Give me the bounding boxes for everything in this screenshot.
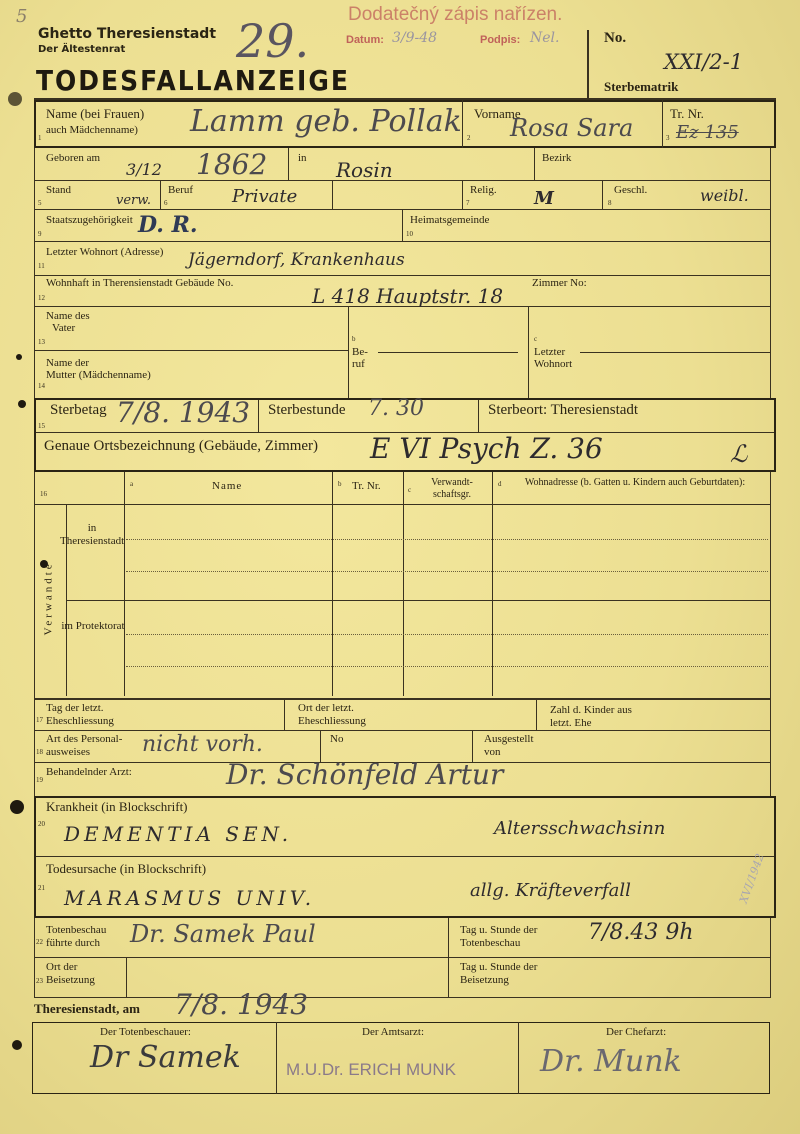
punch-hole — [12, 1040, 22, 1050]
stamp-signature-value: Nel. — [530, 30, 559, 46]
ghetto-residence-value: L 418 Hauptstr. 18 — [312, 284, 503, 308]
divider — [478, 400, 479, 432]
col-header-relation: Verwandt-schaftsgr. — [418, 477, 486, 500]
entry-line — [126, 539, 768, 540]
no-value: XXI/2-1 — [664, 50, 743, 74]
field-number: 20 — [38, 820, 45, 828]
location-mark: ℒ — [730, 440, 747, 468]
burial-time-label: Tag u. Stunde der Beisetzung — [460, 961, 560, 986]
col-divider — [492, 472, 493, 696]
divider — [518, 1022, 519, 1094]
col-letter: a — [130, 480, 133, 488]
marriage-place-label: Ort der letzt. Eheschliessung — [298, 702, 378, 727]
row-rule — [34, 180, 770, 181]
field-number: 3 — [666, 134, 670, 142]
transport-number-value: Ez 135 — [676, 122, 739, 143]
marriage-date-label: Tag der letzt. Eheschliessung — [46, 702, 126, 727]
group-label-protectorate: im Protektorat — [60, 620, 126, 633]
row-rule — [378, 352, 518, 353]
religion-value: M — [534, 188, 554, 209]
row-rule — [34, 275, 770, 276]
col-letter: d — [498, 480, 502, 488]
cause-value-german: allg. Kräfteverfall — [470, 880, 631, 901]
field-number: 23 — [36, 977, 43, 985]
id-number-label: No — [330, 733, 343, 746]
divider — [534, 148, 535, 180]
row-rule — [580, 352, 770, 353]
field-number: 14 — [38, 382, 45, 390]
header-divider — [587, 30, 589, 100]
death-hour-label: Sterbestunde — [268, 402, 345, 419]
divider — [276, 1022, 277, 1094]
parent-residence-label-2: Wohnort — [534, 358, 572, 371]
district-label: Bezirk — [542, 152, 571, 165]
field-number: 18 — [36, 748, 43, 756]
sex-label: Geschl. — [614, 184, 647, 197]
transport-number-label: Tr. Nr. — [670, 107, 704, 122]
occupation-label: Beruf — [168, 184, 193, 197]
entry-line — [126, 634, 768, 635]
row-rule — [34, 350, 348, 351]
field-number: 8 — [608, 199, 612, 207]
birth-place: Rosin — [336, 158, 393, 182]
divider — [462, 180, 463, 209]
divider — [536, 700, 537, 730]
last-residence-value: Jägerndorf, Krankenhaus — [188, 250, 405, 270]
field-number: 17 — [36, 716, 43, 724]
divider — [284, 700, 285, 730]
death-hour-value: 7. 30 — [368, 396, 424, 421]
place-date-label: Theresienstadt, am — [34, 1002, 140, 1017]
col-divider — [403, 472, 404, 696]
org-council: Der Ältestenrat — [38, 44, 125, 55]
divider — [402, 209, 403, 241]
stamp-date-label: Datum: — [346, 34, 384, 46]
id-issuer-label: Ausgestellt von — [484, 733, 544, 758]
divider — [448, 918, 449, 998]
row-rule — [34, 504, 770, 505]
signature-label-official: Der Amtsarzt: — [362, 1026, 424, 1039]
field-number: 6 — [164, 199, 168, 207]
surname-value: Lamm geb. Pollak — [190, 104, 462, 139]
punch-hole — [18, 400, 26, 408]
mother-label-2: Mutter (Mädchenname) — [46, 369, 151, 382]
field-number: 10 — [406, 230, 413, 238]
death-date-label: Sterbetag — [50, 402, 107, 419]
born-label: Geboren am — [46, 152, 100, 165]
exact-location-label: Genaue Ortsbezeichnung (Gebäude, Zimmer) — [44, 438, 318, 455]
divider — [770, 148, 771, 398]
born-day-month: 3/12 — [126, 160, 162, 179]
divider — [770, 698, 771, 796]
sub-letter: c — [534, 335, 537, 343]
punch-hole — [10, 800, 24, 814]
cause-value-latin: MARASMUS UNIV. — [64, 886, 315, 910]
stamp-signature-label: Podpis: — [480, 34, 520, 46]
signature-official-stamp: M.U.Dr. ERICH MUNK — [286, 1060, 456, 1080]
field-number: 1 — [38, 134, 42, 142]
col-divider — [124, 472, 125, 696]
physician-value: Dr. Schönfeld Artur — [226, 758, 503, 791]
handwritten-number: 29. — [236, 14, 309, 68]
divider — [528, 306, 529, 398]
occupation-value: Private — [232, 186, 297, 207]
illness-value-latin: DEMENTIA SEN. — [64, 822, 292, 846]
divider — [34, 148, 35, 798]
no-label: No. — [604, 30, 626, 47]
col-header-transport: Tr. Nr. — [352, 480, 381, 493]
divider — [288, 148, 289, 180]
name-label-2: auch Mädchenname) — [46, 124, 138, 137]
col-header-name: Name — [212, 480, 242, 493]
col-letter: b — [338, 480, 342, 488]
field-number: 15 — [38, 422, 45, 430]
col-header-address: Wohnadresse (b. Gatten u. Kindern auch G… — [510, 477, 760, 489]
children-count-label: Zahl d. Kinder aus letzt. Ehe — [550, 704, 642, 729]
marital-status-label: Stand — [46, 184, 71, 197]
field-number: 12 — [38, 294, 45, 302]
field-number: 7 — [466, 199, 470, 207]
field-number: 19 — [36, 776, 43, 784]
father-label: Name des — [46, 310, 90, 323]
marital-status-value: verw. — [116, 193, 151, 208]
field-number: 11 — [38, 262, 45, 270]
exact-location-value: E VI Psych Z. 36 — [370, 432, 603, 465]
burial-place-label: Ort der Beisetzung — [46, 961, 116, 986]
physician-label: Behandelnder Arzt: — [46, 766, 132, 779]
stamp-text: Dodatečný zápis nařízen. — [348, 4, 562, 26]
field-number: 21 — [38, 884, 45, 892]
relatives-side-label: Verwandte — [43, 561, 56, 635]
col-divider — [332, 472, 333, 696]
place-date-value: 7/8. 1943 — [174, 988, 308, 1021]
col-letter: c — [408, 486, 411, 494]
mother-label: Name der — [46, 357, 89, 370]
field-number: 5 — [38, 199, 42, 207]
divider — [602, 180, 603, 209]
sex-value: weibl. — [700, 186, 749, 205]
parent-occupation-label-2: ruf — [352, 358, 365, 371]
org-name: Ghetto Theresienstadt — [38, 26, 216, 42]
signature-label-examiner: Der Totenbeschauer: — [100, 1026, 191, 1039]
row-rule — [34, 730, 770, 731]
divider — [126, 957, 127, 998]
divider — [770, 918, 771, 998]
death-place-label: Sterbeort: Theresienstadt — [488, 402, 638, 419]
illness-value-german: Altersschwachsinn — [494, 818, 665, 839]
inspection-time-label: Tag u. Stunde der Totenbeschau — [460, 924, 560, 949]
divider — [770, 472, 771, 700]
signature-chief: Dr. Munk — [540, 1044, 682, 1079]
father-label-2: Vater — [52, 322, 75, 335]
parent-residence-label: Letzter — [534, 346, 565, 359]
entry-line — [126, 571, 768, 572]
row-rule — [34, 698, 770, 700]
illness-label: Krankheit (in Blockschrift) — [46, 800, 188, 815]
born-in-label: in — [298, 152, 307, 165]
last-residence-label: Letzter Wohnort (Adresse) — [46, 246, 163, 259]
cause-label: Todesursache (in Blockschrift) — [46, 862, 206, 877]
field-number: 9 — [38, 230, 42, 238]
home-community-label: Heimatsgemeinde — [410, 214, 489, 227]
death-date-value: 7/8. 1943 — [116, 396, 250, 429]
row-rule — [34, 957, 770, 958]
divider — [332, 180, 333, 209]
inspection-time-value: 7/8.43 9h — [588, 920, 694, 945]
citizenship-label: Staatszugehörigkeit — [46, 214, 133, 227]
divider — [258, 400, 259, 432]
divider — [662, 100, 663, 148]
born-year: 1862 — [196, 148, 267, 181]
corner-mark: 5 — [16, 6, 27, 27]
signature-examiner: Dr Samek — [90, 1040, 241, 1075]
register-label: Sterbematrik — [604, 80, 678, 95]
punch-hole — [16, 354, 22, 360]
first-name-value: Rosa Sara — [510, 114, 633, 142]
divider — [160, 180, 161, 209]
inspection-by-label: Totenbeschau führte durch — [46, 924, 126, 949]
divider — [462, 100, 463, 148]
signature-label-chief: Der Chefarzt: — [606, 1026, 666, 1039]
religion-label: Relig. — [470, 184, 497, 197]
row-rule — [66, 600, 770, 601]
field-number: 13 — [38, 338, 45, 346]
group-label-theresienstadt: in Theresienstadt — [60, 522, 124, 547]
divider — [34, 918, 35, 998]
room-label: Zimmer No: — [532, 277, 587, 290]
entry-line — [126, 666, 768, 667]
inspection-by-value: Dr. Samek Paul — [130, 920, 316, 948]
id-type-label: Art des Personal-ausweises — [46, 733, 126, 758]
divider — [348, 306, 349, 398]
stamp-date-value: 3/9-48 — [392, 30, 437, 46]
citizenship-value: D. R. — [138, 212, 198, 238]
name-label: Name (bei Frauen) — [46, 107, 144, 122]
document-title: TODESFALLANZEIGE — [36, 65, 350, 97]
ghetto-residence-label: Wohnhaft in Therensienstadt Gebäude No. — [46, 277, 233, 290]
id-type-value: nicht vorh. — [142, 732, 263, 757]
field-number: 16 — [40, 490, 47, 498]
field-number: 22 — [36, 938, 43, 946]
field-number: 2 — [467, 134, 471, 142]
punch-hole — [8, 92, 22, 106]
sub-letter: b — [352, 335, 356, 343]
parent-occupation-label: Be- — [352, 346, 368, 359]
row-rule — [36, 856, 774, 857]
row-rule — [34, 241, 770, 242]
row-rule — [34, 997, 770, 998]
